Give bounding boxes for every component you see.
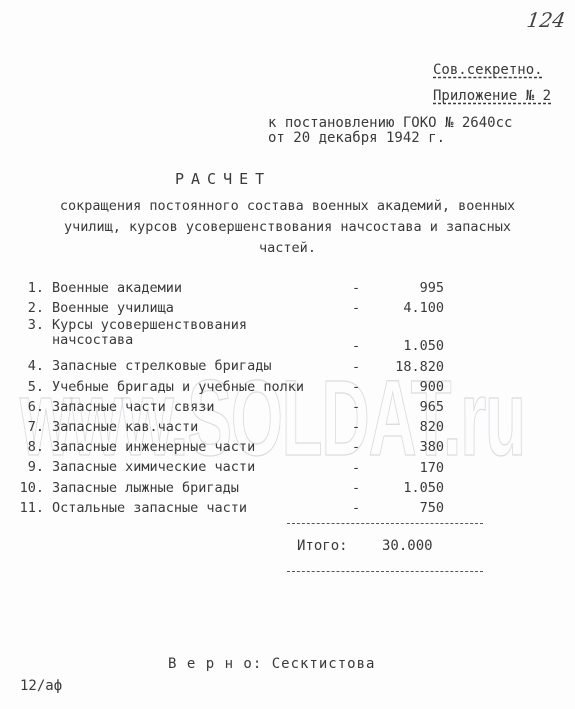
item-number: 4.: [14, 356, 44, 376]
item-number: 1.: [14, 278, 44, 298]
list-item: 1.Военные академии-995: [14, 278, 444, 298]
item-value: 4.100: [392, 298, 444, 318]
item-label: Запасные инженерные части: [52, 437, 352, 457]
item-value: 1.050: [392, 318, 444, 356]
item-dash: -: [352, 417, 392, 437]
total-divider-top: [287, 523, 483, 524]
appendix-label: Приложение № 2: [433, 88, 551, 104]
subtitle-line: сокращения постоянного состава военных а…: [0, 196, 575, 217]
list-item: 11.Остальные запасные части-750: [14, 498, 444, 518]
document-title: РАСЧЕТ: [175, 170, 271, 188]
item-number: 8.: [14, 437, 44, 457]
item-dash: -: [352, 457, 392, 477]
decree-reference: к постановлению ГОКО № 2640сс: [268, 116, 512, 131]
item-value: 995: [392, 278, 444, 298]
item-number: 10.: [14, 478, 44, 498]
subtitle-line: училищ, курсов усовершенствования начсос…: [0, 217, 575, 238]
list-item: 9.Запасные химические части-170: [14, 457, 444, 477]
list-item: 2.Военные училища-4.100: [14, 298, 444, 318]
item-dash: -: [352, 318, 392, 356]
item-dash: -: [352, 498, 392, 518]
item-value: 750: [392, 498, 444, 518]
typist-code: 12/аф: [20, 678, 62, 694]
item-label: Учебные бригады и учебные полки: [52, 377, 352, 397]
item-label: Запасные кав.части: [52, 417, 352, 437]
item-number: 6.: [14, 397, 44, 417]
item-label: Военные училища: [52, 298, 352, 318]
list-item: 6.Запасные части связи-965: [14, 397, 444, 417]
item-number: 7.: [14, 417, 44, 437]
item-dash: -: [352, 437, 392, 457]
total-value: 30.000: [382, 538, 433, 554]
list-item: 3.Курсы усовершенствования начсостава-1.…: [14, 318, 444, 356]
item-label: Курсы усовершенствования начсостава: [52, 318, 352, 356]
decree-date: от 20 декабря 1942 г.: [268, 131, 445, 146]
item-value: 900: [392, 377, 444, 397]
item-number: 2.: [14, 298, 44, 318]
total-divider-bottom: [287, 571, 483, 572]
total-label: Итого:: [297, 538, 348, 554]
list-item: 7.Запасные кав.части-820: [14, 417, 444, 437]
reduction-list: 1.Военные академии-9952.Военные училища-…: [14, 278, 444, 518]
list-item: 4.Запасные стрелковые бригады-18.820: [14, 356, 444, 376]
subtitle-line: частей.: [0, 238, 575, 259]
item-number: 11.: [14, 498, 44, 518]
item-number: 3.: [14, 318, 44, 356]
item-dash: -: [352, 298, 392, 318]
item-value: 820: [392, 417, 444, 437]
item-label: Запасные химические части: [52, 457, 352, 477]
item-dash: -: [352, 478, 392, 498]
list-item: 5.Учебные бригады и учебные полки-900: [14, 377, 444, 397]
item-label: Запасные лыжные бригады: [52, 478, 352, 498]
item-value: 380: [392, 437, 444, 457]
item-number: 5.: [14, 377, 44, 397]
item-dash: -: [352, 356, 392, 376]
item-number: 9.: [14, 457, 44, 477]
item-label: Запасные части связи: [52, 397, 352, 417]
page-number: 124: [525, 8, 567, 32]
certification-signature: В е р н о: Сесктистова: [168, 656, 375, 672]
item-value: 965: [392, 397, 444, 417]
item-label: Запасные стрелковые бригады: [52, 356, 352, 376]
document-subtitle: сокращения постоянного состава военных а…: [0, 196, 575, 259]
item-dash: -: [352, 278, 392, 298]
classification-stamp: Сов.секретно.: [433, 62, 543, 78]
item-label: Остальные запасные части: [52, 498, 352, 518]
list-item: 8.Запасные инженерные части-380: [14, 437, 444, 457]
item-value: 1.050: [392, 478, 444, 498]
item-label: Военные академии: [52, 278, 352, 298]
item-dash: -: [352, 397, 392, 417]
item-value: 170: [392, 457, 444, 477]
item-dash: -: [352, 377, 392, 397]
list-item: 10.Запасные лыжные бригады-1.050: [14, 478, 444, 498]
item-value: 18.820: [392, 356, 444, 376]
